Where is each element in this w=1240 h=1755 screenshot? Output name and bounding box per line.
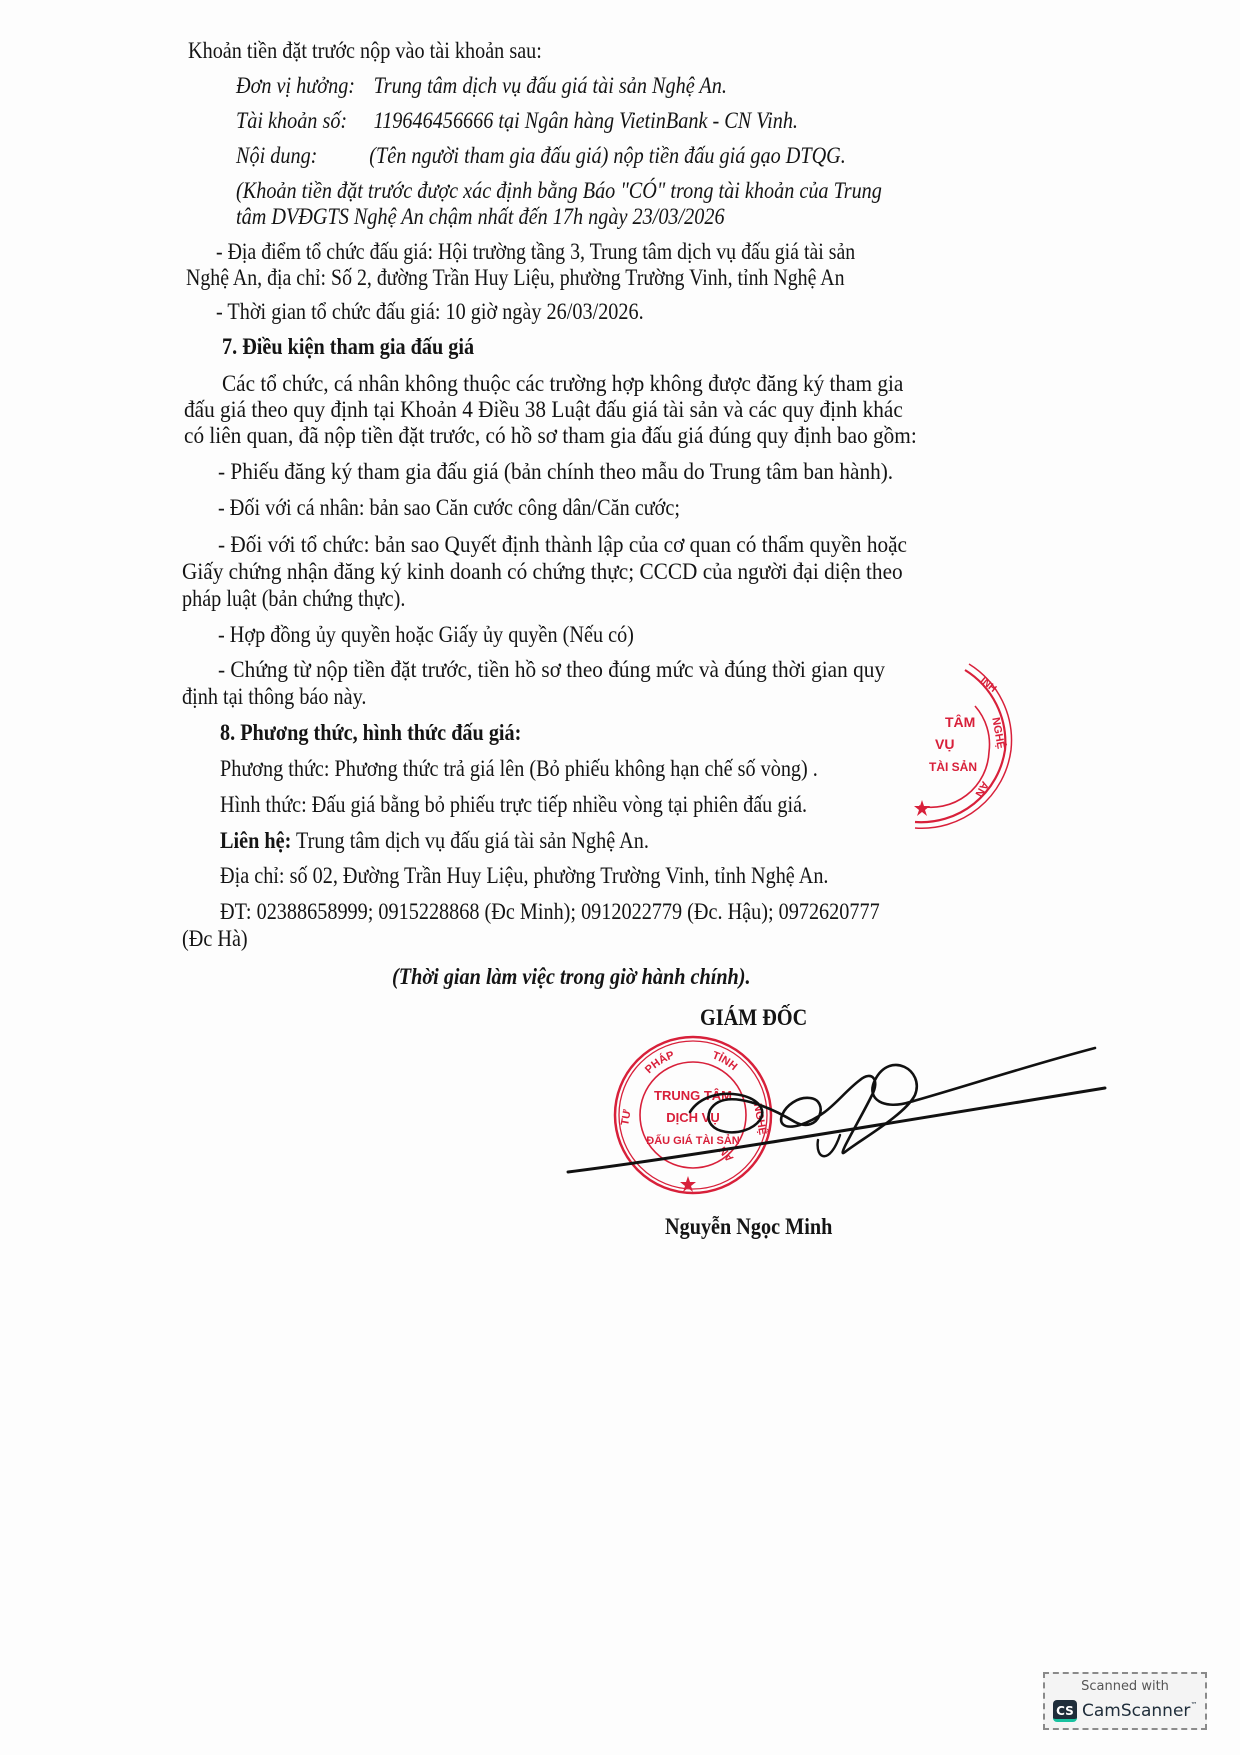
camscanner-watermark: Scanned with CS CamScanner™ xyxy=(1043,1672,1207,1730)
svg-text:AN: AN xyxy=(972,779,990,799)
deposit-note-line2: tâm DVĐGTS Nghệ An chậm nhất đến 17h ngà… xyxy=(236,206,725,230)
signer-title: GIÁM ĐỐC xyxy=(700,1007,807,1031)
section7-item3-line2: Giấy chứng nhận đăng ký kinh doanh có ch… xyxy=(182,561,903,585)
beneficiary-label: Đơn vị hưởng: xyxy=(236,75,374,99)
venue-line1: - Địa điểm tổ chức đấu giá: Hội trường t… xyxy=(216,241,855,265)
phone-line2: (Đc Hà) xyxy=(182,928,248,952)
section7-para-line3: có liên quan, đã nộp tiền đặt trước, có … xyxy=(184,425,917,449)
section7-item5-line2: định tại thông báo này. xyxy=(182,686,366,710)
svg-text:VỤ: VỤ xyxy=(935,736,954,752)
deposit-intro: Khoản tiền đặt trước nộp vào tài khoản s… xyxy=(188,40,542,64)
signer-name: Nguyễn Ngọc Minh xyxy=(665,1216,832,1240)
section7-item1: - Phiếu đăng ký tham gia đấu giá (bản ch… xyxy=(218,461,893,485)
account-value: 119646456666 tại Ngân hàng VietinBank - … xyxy=(374,108,798,134)
side-stamp-icon: TÂM VỤ TÀI SẢN NGHỆ AN INH xyxy=(905,660,1025,830)
deposit-note-line1: (Khoản tiền đặt trước được xác định bằng… xyxy=(236,180,882,204)
beneficiary-row: Đơn vị hưởng:Trung tâm dịch vụ đấu giá t… xyxy=(236,75,727,99)
phone-line1: ĐT: 02388658999; 0915228868 (Đc Minh); 0… xyxy=(220,901,880,925)
camscanner-logo-icon: CS xyxy=(1053,1700,1077,1722)
beneficiary-value: Trung tâm dịch vụ đấu giá tài sản Nghệ A… xyxy=(374,73,727,99)
svg-text:INH: INH xyxy=(978,675,998,695)
section8-heading: 8. Phương thức, hình thức đấu giá: xyxy=(220,722,521,746)
content-label: Nội dung: xyxy=(236,145,369,169)
section7-item3-line1: - Đối với tổ chức: bản sao Quyết định th… xyxy=(218,534,907,558)
account-label: Tài khoản số: xyxy=(236,110,374,134)
section7-item5-line1: - Chứng từ nộp tiền đặt trước, tiền hồ s… xyxy=(218,659,885,683)
section7-item4: - Hợp đồng ủy quyền hoặc Giấy ủy quyền (… xyxy=(218,624,634,648)
camscanner-trademark: ™ xyxy=(1190,1701,1197,1709)
camscanner-caption: Scanned with xyxy=(1045,1679,1205,1694)
section7-item3-line3: pháp luật (bản chứng thực). xyxy=(182,588,405,612)
svg-text:NGHỆ: NGHỆ xyxy=(989,716,1007,750)
venue-line2: Nghệ An, địa chỉ: Số 2, đường Trần Huy L… xyxy=(186,267,845,291)
content-row: Nội dung:(Tên người tham gia đấu giá) nộ… xyxy=(236,145,846,169)
auction-method: Phương thức: Phương thức trả giá lên (Bỏ… xyxy=(220,758,818,782)
address: Địa chỉ: số 02, Đường Trần Huy Liệu, phư… xyxy=(220,865,828,889)
section7-para-line1: Các tổ chức, cá nhân không thuộc các trư… xyxy=(222,373,903,397)
working-hours-note: (Thời gian làm việc trong giờ hành chính… xyxy=(392,966,751,990)
section7-item2: - Đối với cá nhân: bản sao Căn cước công… xyxy=(218,497,680,521)
document-page: Khoản tiền đặt trước nộp vào tài khoản s… xyxy=(0,0,1240,1755)
signature-mark-icon xyxy=(560,1040,1120,1190)
contact-row: Liên hệ: Trung tâm dịch vụ đấu giá tài s… xyxy=(220,830,649,854)
camscanner-brand-text: CamScanner xyxy=(1082,1701,1190,1721)
camscanner-brand: CamScanner™ xyxy=(1082,1701,1197,1721)
contact-value: Trung tâm dịch vụ đấu giá tài sản Nghệ A… xyxy=(291,828,649,854)
auction-time: - Thời gian tổ chức đấu giá: 10 giờ ngày… xyxy=(216,301,644,325)
section7-heading: 7. Điều kiện tham gia đấu giá xyxy=(222,336,474,360)
auction-form: Hình thức: Đấu giá bằng bỏ phiếu trực ti… xyxy=(220,794,807,818)
svg-text:TÀI SẢN: TÀI SẢN xyxy=(929,759,977,774)
section7-para-line2: đấu giá theo quy định tại Khoản 4 Điều 3… xyxy=(184,399,903,423)
svg-text:TÂM: TÂM xyxy=(945,713,975,730)
account-row: Tài khoản số:119646456666 tại Ngân hàng … xyxy=(236,110,798,134)
contact-label: Liên hệ: xyxy=(220,828,291,854)
content-value: (Tên người tham gia đấu giá) nộp tiền đấ… xyxy=(369,143,846,169)
